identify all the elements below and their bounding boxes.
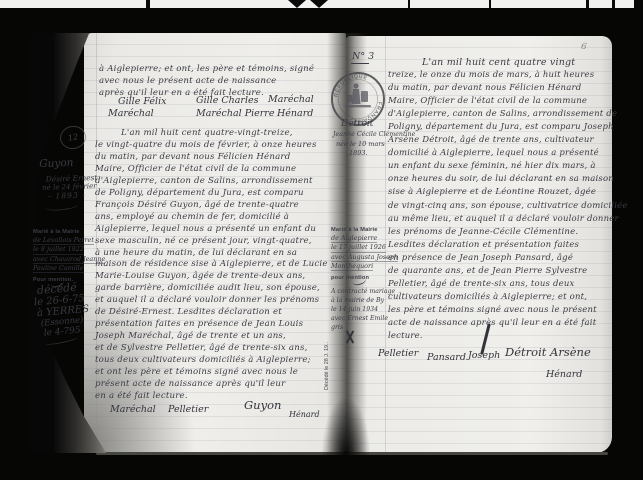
left-page-birth-act-text: L'an mil huit cent quatre-vingt-treize, … (95, 128, 328, 403)
manuscript-line: du matin, par devant nous Félicien Hénar… (388, 82, 628, 95)
stamp-fill-line: de Levallois Perret (33, 236, 94, 245)
manuscript-line: domicilié à Aiglepierre, lequel nous a p… (388, 147, 628, 160)
film-tick (489, 0, 491, 8)
stamp-fill-line: Monthequori (331, 262, 373, 271)
signature: Pansard (427, 352, 466, 363)
signature: Pelletier (168, 404, 208, 415)
film-tick (146, 0, 150, 8)
signature: Gille Félix (118, 96, 166, 107)
manuscript-line: tous deux cultivateurs domiciliés à Aigl… (95, 355, 328, 367)
book-gutter-shadow (322, 398, 370, 455)
pencil-page-number-value: 12 (67, 132, 79, 143)
film-tick (408, 0, 410, 8)
manuscript-line: présent acte de naissance après qu'il le… (95, 379, 328, 391)
film-tick (612, 0, 615, 8)
manuscript-line: Maire, Officier de l'état civil de la co… (388, 95, 628, 108)
stamp-fill-line: le 8 juillet 1922 (33, 245, 84, 254)
right-page-birth-act-text: L'an mil huit cent quatre vingt treize, … (388, 56, 628, 343)
manuscript-line: Lesdites déclaration et présentation fai… (388, 239, 628, 252)
marriage-note-line: gris (331, 323, 395, 332)
manuscript-line: à Aiglepierre; et ont, les père et témoi… (99, 63, 314, 75)
manuscript-line: garde barrière, domiciliée audit lieu, s… (95, 283, 328, 295)
manuscript-line: d'Aiglepierre, canton de Salins, arrondi… (95, 176, 328, 188)
manuscript-line: Maire, Officier de l'état civil de la co… (95, 164, 328, 176)
margin-death-note: décédé le 26-6-75 à YERRES (Essonne) le … (32, 280, 91, 345)
manuscript-line: le vingt-quatre du mois de février, à on… (95, 140, 328, 152)
film-frame-marker-icon (310, 0, 328, 8)
manuscript-line: les prénoms de Jeanne-Cécile Clémentine. (388, 226, 628, 239)
manuscript-line: Marie-Louise Guyon, âgée de trente-deux … (95, 271, 328, 283)
manuscript-line: sexe masculin, né ce présent jour, vingt… (95, 236, 328, 248)
margin-year: - 1893 - (48, 190, 98, 201)
signature: Hénard (277, 108, 313, 119)
manuscript-line: un enfant du sexe féminin, né hier dix m… (388, 160, 628, 173)
signature: Maréchal (108, 108, 154, 119)
manuscript-line: de quarante ans, et de Jean Pierre Sylve… (388, 265, 628, 278)
manuscript-line: au même lieu, et auquel il a déclaré vou… (388, 213, 628, 226)
manuscript-line: d'Aiglepierre, canton de Salins, arrondi… (388, 108, 628, 121)
signature: Maréchal Pierre (196, 108, 274, 119)
manuscript-line: onze heures du soir, de lui déclarant en… (388, 173, 628, 186)
signature: Joseph (468, 350, 500, 361)
marriage-note-line: à la mairie de By (331, 296, 395, 305)
film-frame-marker-icon (288, 0, 306, 8)
manuscript-line: maison de résidence sise à Aiglepierre, … (95, 259, 328, 271)
stamp-fill-line: Pauline Camille (33, 264, 84, 273)
marianne-figure-icon (345, 83, 371, 107)
signature: Pelletier (378, 348, 418, 359)
stamp-line: Marié à la Mairie (33, 228, 111, 236)
manuscript-line: de Poligny, département du Jura, est com… (95, 188, 328, 200)
manuscript-line: les père et témoins signé avec nous le p… (388, 304, 628, 317)
manuscript-line: de Désiré-Ernest. Lesdites déclaration e… (95, 307, 328, 319)
death-mention-stamp-vertical: Décédé le 28 J. 19.. (324, 316, 330, 390)
film-edge-strip (0, 0, 634, 8)
signature: Guyon (244, 398, 281, 412)
margin-name-block: Guyon Désiré Ernest né le 24 février - 1… (39, 156, 98, 211)
pen-flourish (44, 200, 79, 213)
manuscript-line: Aiglepierre, lequel nous a présenté un e… (95, 224, 328, 236)
seal-caption-date: née le 10 mars (336, 140, 385, 148)
manuscript-line: et de Sylvestre Pelletier, âgé de trente… (95, 343, 328, 355)
signature: Gille Charles (196, 95, 258, 106)
stamp-fill-line: de Aiglepierre (331, 234, 377, 243)
marriage-note-line: le 14 juin 1934 (331, 305, 395, 314)
seal-caption-surname: Détroit (341, 119, 373, 129)
manuscript-line: Pelletier, âgé de trente-six ans, tous d… (388, 278, 628, 291)
signature: Hénard (546, 369, 582, 380)
margin-marriage-note: A contracté mariage à la mairie de By le… (331, 287, 395, 332)
stamp-fill-line: avec Chavarod Jeanne (33, 255, 105, 264)
manuscript-line: à une heure du matin, de lui déclarant e… (95, 248, 328, 260)
signature: Maréchal (268, 94, 314, 105)
manuscript-line: en a été fait lecture. (95, 391, 328, 403)
microfilm-register-scan: 12 6 à Aiglepierre; et ont, les père et … (0, 0, 643, 480)
manuscript-line: L'an mil huit cent quatre-vingt-treize, (95, 128, 328, 140)
manuscript-line: treize, le onze du mois de mars, à huit … (388, 69, 628, 82)
act-number-underline (351, 63, 369, 64)
manuscript-line: François Désiré Guyon, âgé de trente-qua… (95, 200, 328, 212)
manuscript-line: de vingt-cinq ans, son épouse, cultivatr… (388, 200, 628, 213)
manuscript-line: présentation faites en présence de Jean … (95, 319, 328, 331)
manuscript-line: cultivateurs domiciliés à Aiglepierre; e… (388, 291, 628, 304)
act-number: N° 3 (352, 51, 374, 62)
manuscript-line: acte de naissance après qu'il leur en a … (388, 317, 628, 330)
manuscript-line: Arsène Détroit, âgé de trente ans, culti… (388, 134, 628, 147)
marriage-note-line: A contracté mariage (331, 287, 395, 296)
manuscript-line: en présence de Jean Joseph Pansard, âgé (388, 252, 628, 265)
manuscript-line: sise à Aiglepierre et de Léontine Rouzet… (388, 186, 628, 199)
manuscript-line: Joseph Maréchal, âgé de trente et un ans… (95, 331, 328, 343)
marriage-mention-stamp: Marié à la Mairie de Levallois Perret le… (33, 228, 111, 284)
signature: Maréchal (110, 404, 156, 415)
film-tick (586, 0, 589, 8)
signature: Détroit Arsène (505, 345, 591, 359)
manuscript-line: avec nous le présent acte de naissance (99, 75, 314, 87)
seal-caption-year: 1893. (349, 149, 368, 157)
manuscript-line: L'an mil huit cent quatre vingt (388, 56, 628, 69)
manuscript-line: lecture. (388, 330, 628, 343)
manuscript-line: du matin, par devant nous Félicien Hénar… (95, 152, 328, 164)
marriage-note-line: avec Ernest Emile (331, 314, 395, 323)
pen-cross-mark (344, 330, 356, 344)
stamp-fill-line: le 17 juillet 1926 (331, 243, 386, 252)
manuscript-line: ans, employé au chemin de fer, domicilié… (95, 212, 328, 224)
margin-surname: Guyon (39, 156, 97, 170)
manuscript-line: et ont les père et témoins signé avec no… (95, 367, 328, 379)
signature: Hénard (289, 410, 320, 419)
manuscript-line: et auquel il a déclaré vouloir donner le… (95, 295, 328, 307)
manuscript-line: Poligny, département du Jura, est compar… (388, 121, 628, 134)
